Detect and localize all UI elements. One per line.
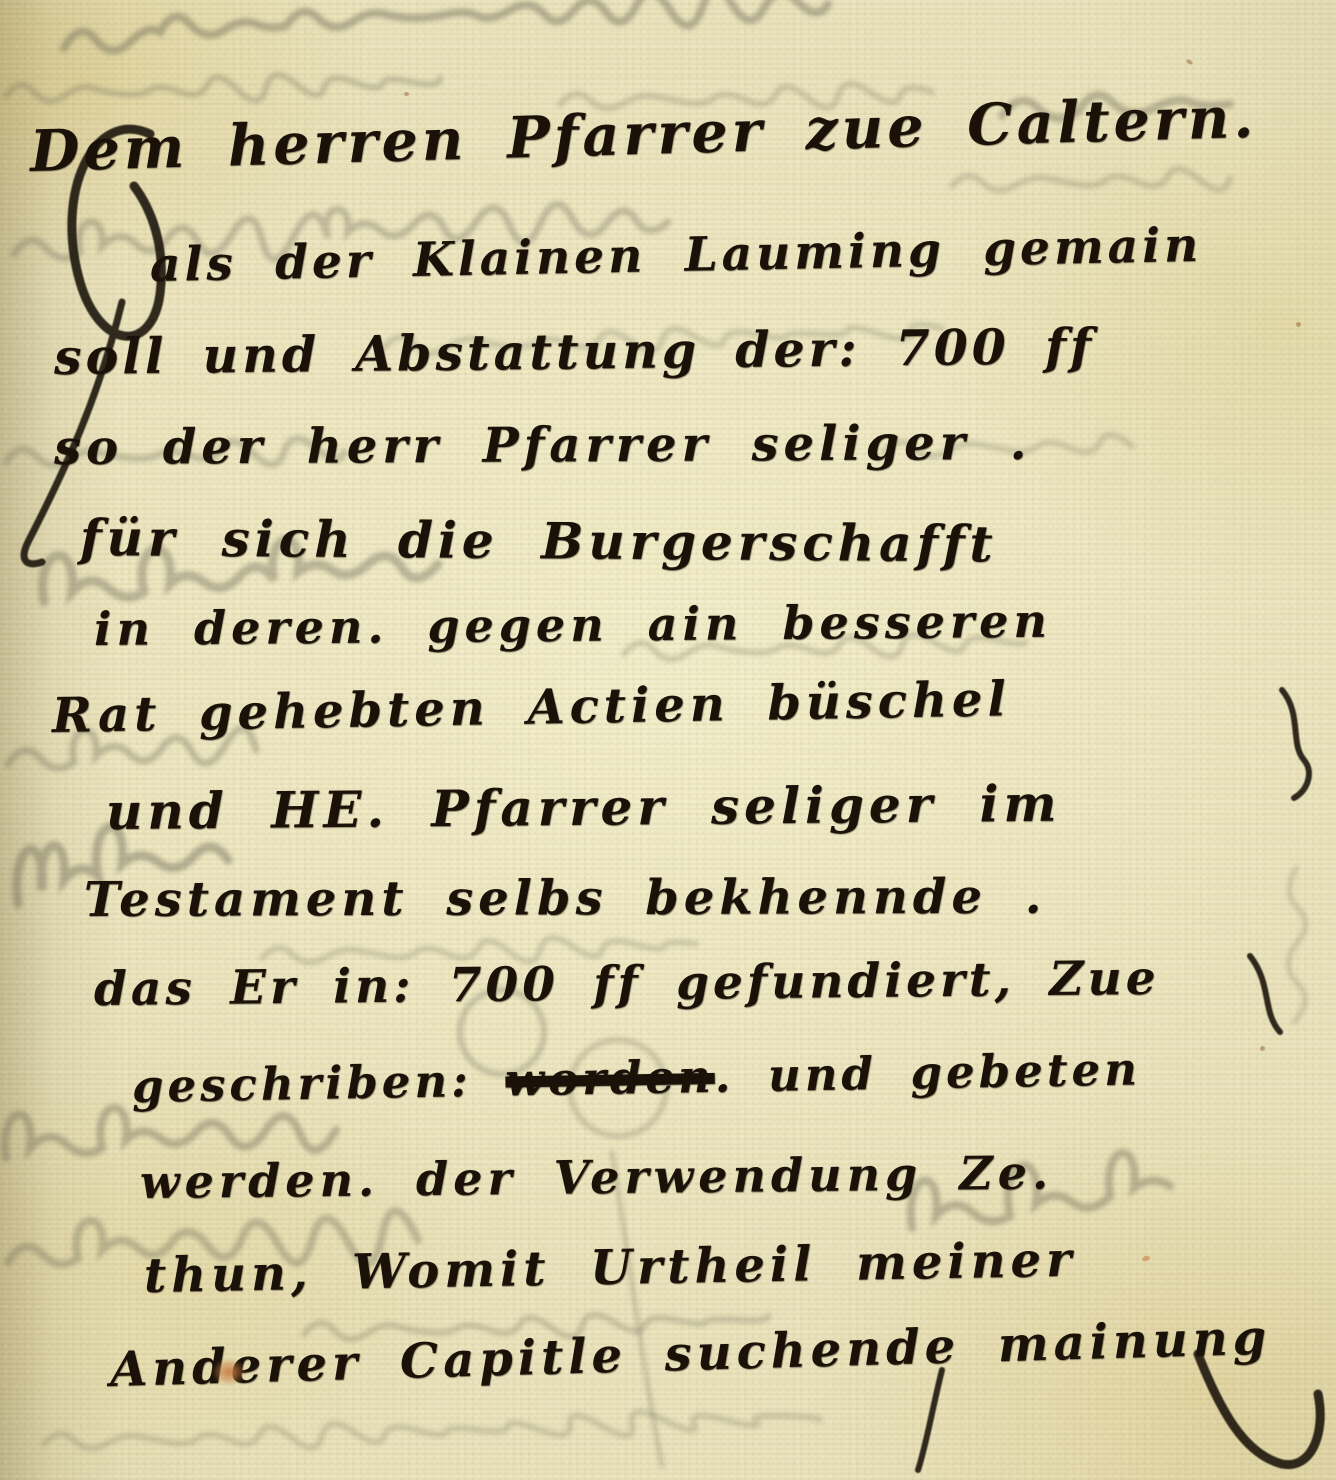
line-text: so der herr Pfarrer seliger . bbox=[54, 415, 1032, 476]
manuscript-line: soll und Abstattung der: 700 ff bbox=[54, 317, 1096, 386]
line-text: thun, Womit Urtheil meiner bbox=[144, 1232, 1077, 1304]
manuscript-line: als der Klainen Lauming gemain bbox=[149, 218, 1202, 293]
paper-speck bbox=[1260, 1046, 1265, 1051]
manuscript-line: und HE. Pfarrer seliger im bbox=[106, 774, 1062, 841]
manuscript-line: Testament selbs bekhennde . bbox=[84, 869, 1047, 928]
line-text: das Er in: 700 ff gefundiert, Zue bbox=[94, 951, 1160, 1017]
line-text: Dem herren Pfarrer zue Caltern. bbox=[29, 84, 1258, 185]
paper-speck bbox=[1296, 322, 1301, 327]
line-text: Testament selbs bekhennde . bbox=[84, 869, 1047, 928]
manuscript-line: das Er in: 700 ff gefundiert, Zue bbox=[94, 951, 1160, 1017]
manuscript-line: in deren. gegen ain besseren bbox=[94, 594, 1052, 656]
struck-through-word: worden bbox=[505, 1050, 715, 1107]
manuscript-line: so der herr Pfarrer seliger . bbox=[54, 415, 1032, 476]
manuscript-line: thun, Womit Urtheil meiner bbox=[144, 1232, 1077, 1304]
line-text: für sich die Burgerschafft bbox=[80, 508, 998, 573]
line-text: Rat gehebten Actien büschel bbox=[52, 671, 1012, 744]
manuscript-line: Anderer Capitle suchende mainung bbox=[109, 1310, 1272, 1398]
manuscript-line: für sich die Burgerschafft bbox=[80, 508, 998, 573]
manuscript-line: Dem herren Pfarrer zue Caltern. bbox=[29, 84, 1258, 185]
paper-speck bbox=[404, 92, 409, 96]
line-text: Anderer Capitle suchende mainung bbox=[109, 1310, 1272, 1398]
line-text: . und gebeten bbox=[714, 1042, 1141, 1102]
manuscript-text-layer: Dem herren Pfarrer zue Caltern. als der … bbox=[0, 0, 1336, 1480]
line-text: geschriben: bbox=[132, 1053, 506, 1113]
line-text: in deren. gegen ain besseren bbox=[94, 594, 1052, 656]
manuscript-line: Rat gehebten Actien büschel bbox=[52, 671, 1012, 744]
manuscript-line: werden. der Verwendung Ze. bbox=[140, 1145, 1054, 1209]
manuscript-line: geschriben: worden. und gebeten bbox=[132, 1042, 1142, 1113]
line-text: werden. der Verwendung Ze. bbox=[140, 1145, 1054, 1209]
manuscript-page: Dem herren Pfarrer zue Caltern. als der … bbox=[0, 0, 1336, 1480]
line-text: als der Klainen Lauming gemain bbox=[149, 218, 1202, 293]
line-text: soll und Abstattung der: 700 ff bbox=[54, 317, 1096, 386]
line-text: und HE. Pfarrer seliger im bbox=[106, 774, 1062, 841]
